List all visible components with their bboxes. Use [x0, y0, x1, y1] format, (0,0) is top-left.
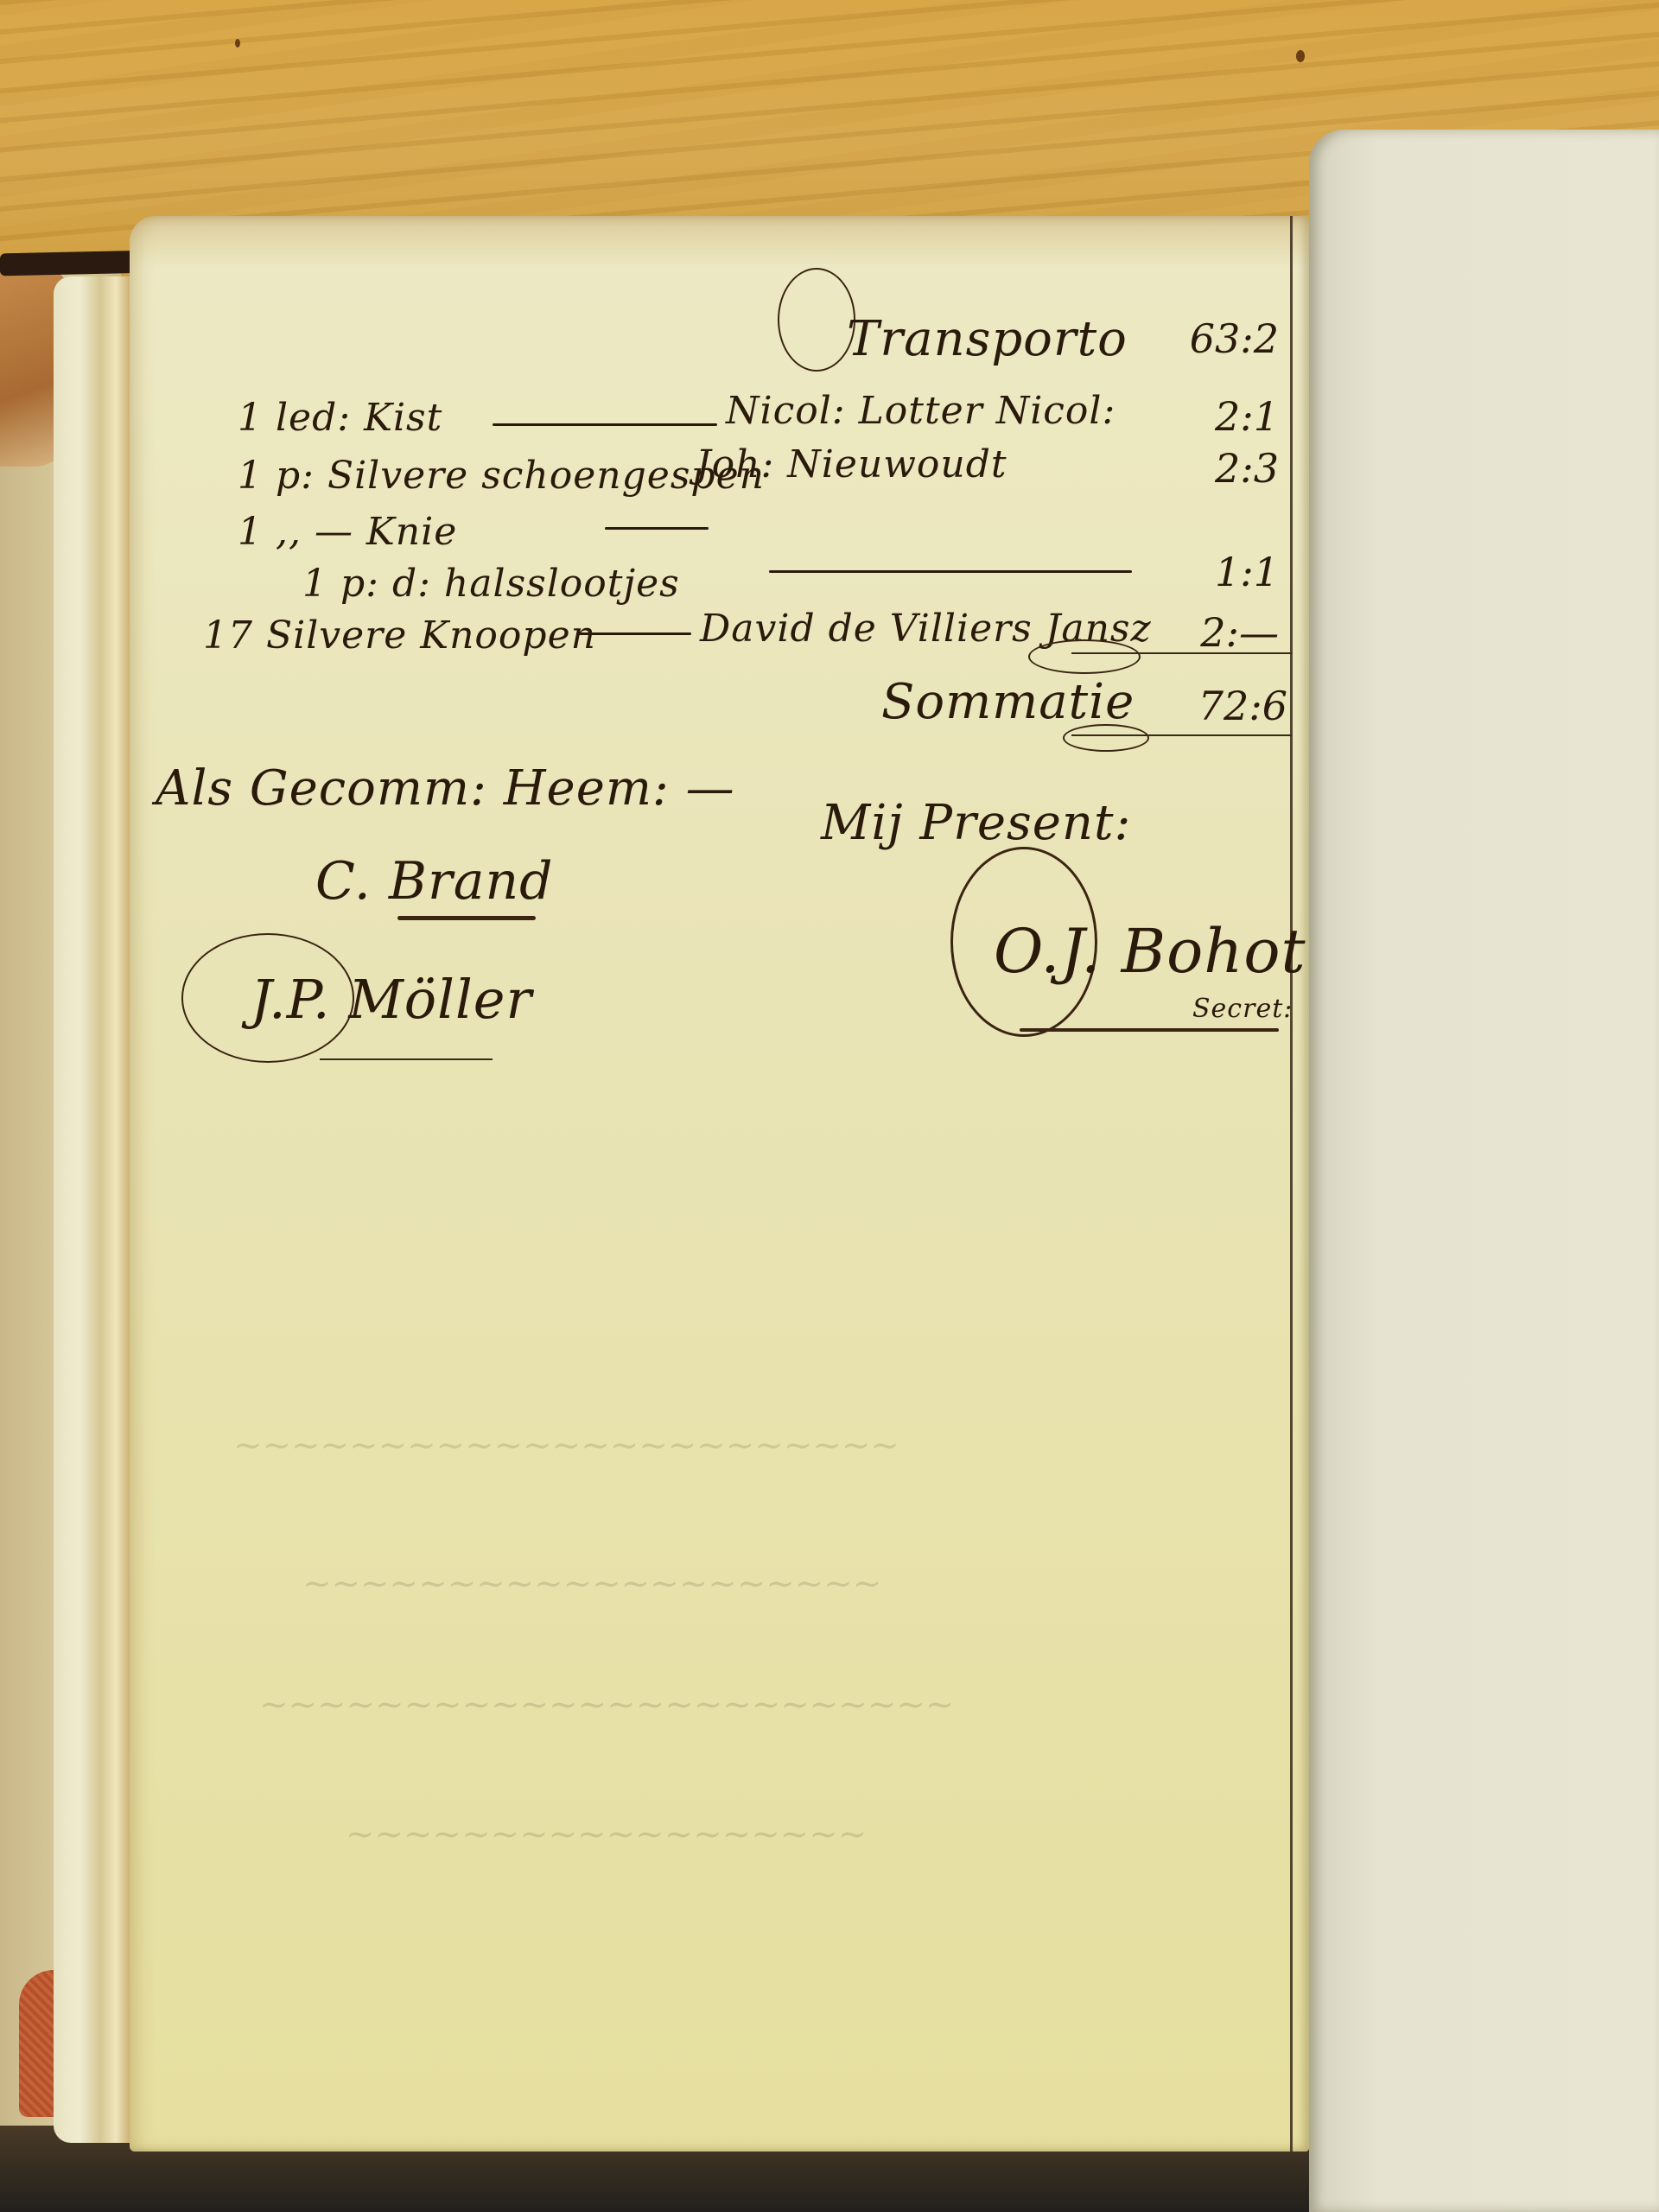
transporto-label: Transporto [847, 311, 1128, 367]
signature-moller: J.P. Möller [251, 968, 532, 1031]
entry-buyer: Nicol: Lotter Nicol: [726, 389, 1116, 433]
signature-moller-underline [320, 1058, 493, 1060]
transporto-amount: 63:2 [1175, 315, 1279, 362]
witness-label: Als Gecomm: Heem: — [156, 760, 735, 817]
entry-connector-line [579, 632, 691, 635]
left-ledger-page: Transporto 63:2 1 led: Kist Nicol: Lotte… [130, 216, 1309, 2152]
signature-secretary: O.J. Bohot [994, 916, 1306, 987]
entry-connector-line [769, 570, 1132, 573]
entry-connector-line [493, 423, 717, 426]
secretary-underline [1020, 1028, 1279, 1032]
total-label: Sommatie [881, 674, 1135, 730]
total-amount: 72:6 [1184, 683, 1287, 729]
bleed-through-text: ~~~~~~~~~~~~~~~~~~ [346, 1815, 867, 1854]
flourish-sum-bottom [1063, 724, 1149, 752]
flourish-transporto [778, 268, 855, 372]
entry-connector-line [605, 527, 709, 530]
bleed-through-text: ~~~~~~~~~~~~~~~~~~~~~~~~ [259, 1685, 954, 1725]
secretary-title: Secret: [1192, 994, 1293, 1024]
right-page [1309, 130, 1659, 2212]
wood-knot [235, 39, 240, 48]
amount-column-rule [1290, 216, 1293, 2152]
signature-brand: C. Brand [315, 851, 554, 912]
entry-amount: 1:1 [1175, 549, 1279, 595]
entry-item: 1 p: Silvere schoengespen [238, 454, 765, 498]
wood-knot [1296, 50, 1305, 62]
signature-brand-underline [397, 916, 536, 920]
bleed-through-text: ~~~~~~~~~~~~~~~~~~~~~~~ [233, 1426, 899, 1465]
entry-item: 1 p: d: halsslootjes [302, 562, 680, 606]
entry-item: 1 ,, — Knie [238, 510, 457, 554]
entry-item: 1 led: Kist [238, 396, 442, 440]
presence-label: Mij Present: [821, 795, 1131, 851]
entry-amount: 2:1 [1175, 393, 1279, 440]
entry-item: 17 Silvere Knoopen [203, 613, 596, 658]
bleed-through-text: ~~~~~~~~~~~~~~~~~~~~ [302, 1564, 881, 1604]
entry-amount: 2:— [1175, 609, 1279, 656]
entry-amount: 2:3 [1175, 445, 1279, 492]
flourish-sum-top [1028, 639, 1141, 674]
entry-buyer: Joh: Nieuwoudt [696, 442, 1007, 486]
